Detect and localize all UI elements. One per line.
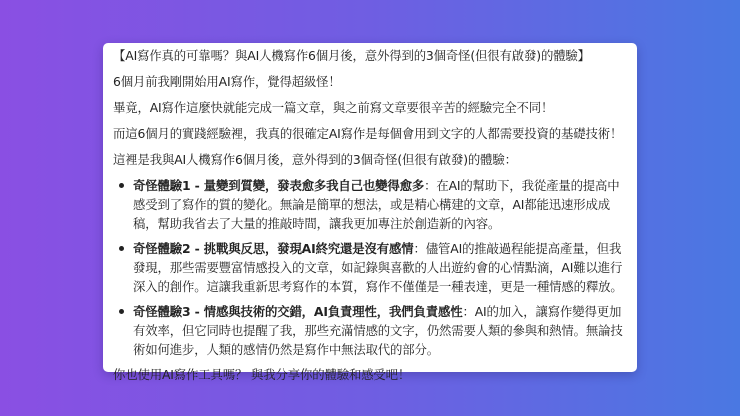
bullet-icon — [119, 309, 124, 314]
intro-paragraph-1: 6個月前我剛開始用AI寫作，覺得超級怪！ — [113, 72, 627, 91]
item-heading: 奇怪體驗3 - 情感與技術的交錯，AI負責理性，我們負責感性 — [133, 304, 462, 319]
post-card: 【AI寫作真的可靠嗎？與AI人機寫作6個月後，意外得到的3個奇怪(但很有啟發)的… — [103, 43, 637, 372]
item-heading: 奇怪體驗1 - 量變到質變，發表愈多我自己也變得愈多 — [133, 178, 424, 193]
item-heading: 奇怪體驗2 - 挑戰與反思，發現AI終究還是沒有感情 — [133, 241, 414, 256]
list-item: 奇怪體驗3 - 情感與技術的交錯，AI負責理性，我們負責感性：AI的加入，讓寫作… — [113, 302, 627, 359]
intro-paragraph-4: 這裡是我與AI人機寫作6個月後，意外得到的3個奇怪(但很有啟發)的體驗： — [113, 150, 627, 169]
bullet-icon — [119, 246, 124, 251]
bullet-icon — [119, 183, 124, 188]
closing-paragraph: 你也使用AI寫作工具嗎？ 與我分享你的體驗和感受吧！ — [113, 365, 627, 384]
intro-paragraph-3: 而這6個月的實踐經驗裡，我真的很確定AI寫作是每個會用到文字的人都需要投資的基礎… — [113, 124, 627, 143]
list-item: 奇怪體驗1 - 量變到質變，發表愈多我自己也變得愈多：在AI的幫助下，我從產量的… — [113, 176, 627, 233]
intro-paragraph-2: 畢竟，AI寫作這麼快就能完成一篇文章，與之前寫文章要很辛苦的經驗完全不同！ — [113, 98, 627, 117]
experience-list: 奇怪體驗1 - 量變到質變，發表愈多我自己也變得愈多：在AI的幫助下，我從產量的… — [113, 176, 627, 359]
list-item: 奇怪體驗2 - 挑戰與反思，發現AI終究還是沒有感情：儘管AI的推敲過程能提高產… — [113, 239, 627, 296]
post-title: 【AI寫作真的可靠嗎？與AI人機寫作6個月後，意外得到的3個奇怪(但很有啟發)的… — [113, 46, 627, 65]
